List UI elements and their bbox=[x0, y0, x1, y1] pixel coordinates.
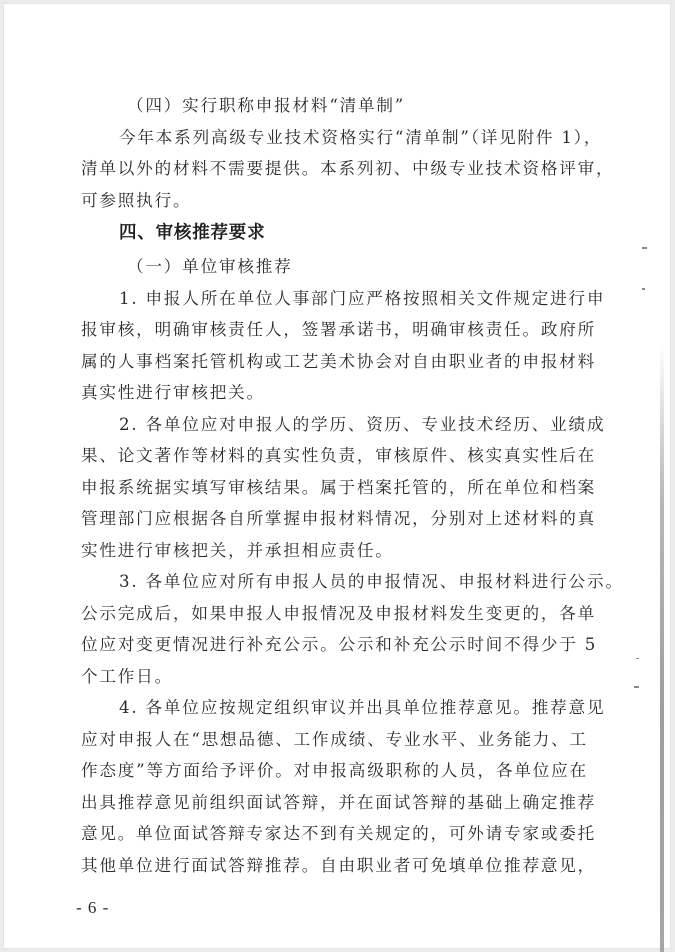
paragraph-line: 出具推荐意见前组织面试答辩，并在面试答辩的基础上确定推荐 bbox=[81, 787, 601, 819]
paragraph-line: 作态度”等方面给予评价。对申报高级职称的人员，各单位应在 bbox=[81, 755, 601, 787]
item-1-paragraph: 1. 申报人所在单位人事部门应严格按照相关文件规定进行申 报审核，明确审核责任人… bbox=[81, 283, 601, 409]
paragraph-line: 报审核，明确审核责任人，签署承诺书，明确审核责任。政府所 bbox=[81, 314, 601, 346]
paragraph-line: 位应对变更情况进行补充公示。公示和补充公示时间不得少于 5 bbox=[81, 629, 601, 661]
paragraph-line: 清单以外的材料不需要提供。本系列初、中级专业技术资格评审， bbox=[81, 153, 601, 185]
item-2-paragraph: 2. 各单位应对申报人的学历、资历、专业技术经历、业绩成 果、论文著作等材料的真… bbox=[81, 409, 601, 567]
paragraph-line: 1. 申报人所在单位人事部门应严格按照相关文件规定进行申 bbox=[81, 283, 601, 315]
scan-speck bbox=[642, 247, 647, 249]
paragraph-line: 实性进行审核把关，并承担相应责任。 bbox=[81, 535, 601, 567]
item-3-paragraph: 3. 各单位应对所有申报人员的申报情况、申报材料进行公示。 公示完成后，如果申报… bbox=[81, 566, 601, 692]
paragraph-line: 真实性进行审核把关。 bbox=[81, 377, 601, 409]
paragraph-line: 今年本系列高级专业技术资格实行“清单制”（详见附件 1）， bbox=[81, 122, 601, 154]
paragraph-line: 个工作日。 bbox=[81, 661, 601, 693]
paragraph-line: 2. 各单位应对申报人的学历、资历、专业技术经历、业绩成 bbox=[81, 409, 601, 441]
paragraph-line: 管理部门应根据各自所掌握申报材料情况，分别对上述材料的真 bbox=[81, 503, 601, 535]
document-page: （四）实行职称申报材料“清单制” 今年本系列高级专业技术资格实行“清单制”（详见… bbox=[4, 4, 670, 948]
subsection-title: （四）实行职称申报材料“清单制” bbox=[81, 90, 601, 122]
scan-speck bbox=[636, 658, 639, 659]
paragraph-line: 意见。单位面试答辩专家达不到有关规定的，可外请专家或委托 bbox=[81, 818, 601, 850]
paragraph-line: 其他单位进行面试答辩推荐。自由职业者可免填单位推荐意见， bbox=[81, 850, 601, 882]
paragraph-line: 公示完成后，如果申报人申报情况及申报材料发生变更的，各单 bbox=[81, 598, 601, 630]
paragraph-line: 果、论文著作等材料的真实性负责，审核原件、核实真实性后在 bbox=[81, 440, 601, 472]
subsection-title: （一）单位审核推荐 bbox=[81, 251, 601, 283]
scan-shadow-edge bbox=[660, 344, 664, 952]
item-4-paragraph: 4. 各单位应按规定组织审议并出具单位推荐意见。推荐意见 应对申报人在“思想品德… bbox=[81, 692, 601, 881]
scan-speck bbox=[634, 686, 639, 688]
paragraph-line: 可参照执行。 bbox=[81, 185, 601, 217]
chapter-heading: 四、审核推荐要求 bbox=[81, 216, 601, 251]
paragraph-line: 3. 各单位应对所有申报人员的申报情况、申报材料进行公示。 bbox=[81, 566, 601, 598]
paragraph-line: 应对申报人在“思想品德、工作成绩、专业水平、业务能力、工 bbox=[81, 724, 601, 756]
paragraph-line: 4. 各单位应按规定组织审议并出具单位推荐意见。推荐意见 bbox=[81, 692, 601, 724]
paragraph-line: 属的人事档案托管机构或工艺美术协会对自由职业者的申报材料 bbox=[81, 346, 601, 378]
page-number: - 6 - bbox=[76, 898, 109, 918]
document-body: （四）实行职称申报材料“清单制” 今年本系列高级专业技术资格实行“清单制”（详见… bbox=[81, 90, 601, 881]
scan-speck bbox=[642, 288, 645, 290]
paragraph-line: 申报系统据实填写审核结果。属于档案托管的，所在单位和档案 bbox=[81, 472, 601, 504]
